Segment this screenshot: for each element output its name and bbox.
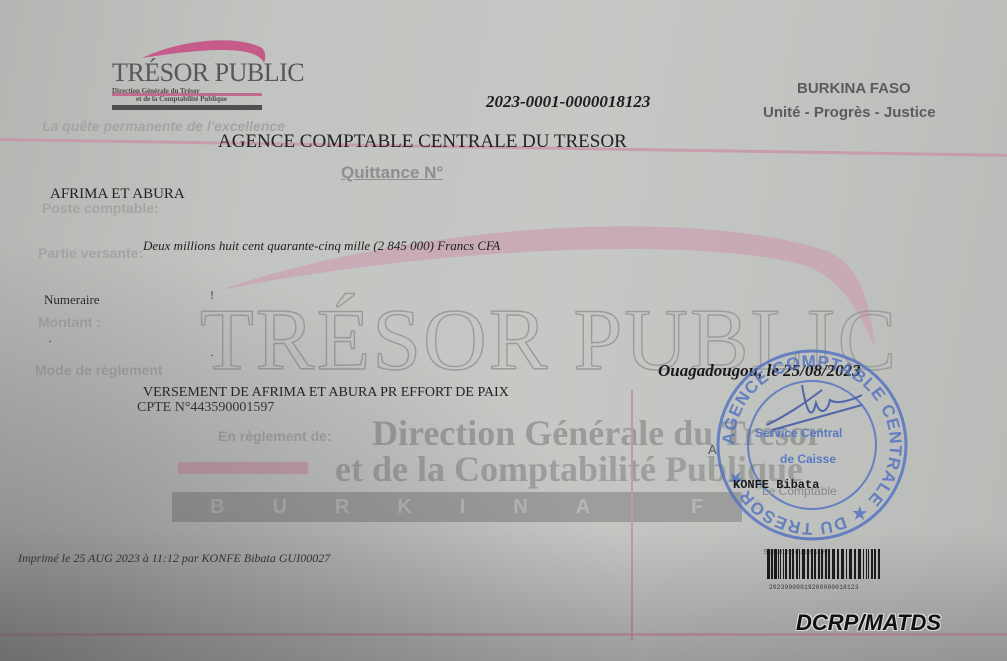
source-tag: DCRP/MATDS bbox=[796, 610, 941, 636]
logo-subtitle-2: et de la Comptabilité Publique bbox=[136, 95, 227, 103]
stamp-inner-line-2: de Caisse bbox=[780, 452, 836, 466]
logo-title: TRÉSOR PUBLIC bbox=[112, 58, 304, 88]
official-stamp-icon: AGENCE COMPTABLE CENTRALE ★ DU TRESOR ★ bbox=[712, 345, 912, 545]
payment-type: Numeraire bbox=[44, 292, 100, 308]
agency-name: AGENCE COMPTABLE CENTRALE DU TRESOR bbox=[218, 131, 627, 153]
tick-mark: · bbox=[48, 334, 52, 349]
account-number: CPTE N°443590001597 bbox=[137, 400, 274, 416]
partie-versante-label: Partie versante: bbox=[38, 245, 143, 261]
cashier-name: KONFE Bibata bbox=[733, 478, 819, 492]
country-name: BURKINA FASO bbox=[797, 80, 911, 97]
svg-text:AGENCE COMPTABLE CENTRALE ★ DU: AGENCE COMPTABLE CENTRALE ★ DU TRESOR ★ bbox=[719, 352, 905, 538]
tick-mark: ! bbox=[210, 288, 214, 303]
poste-comptable-label: Poste comptable: bbox=[42, 200, 159, 216]
payment-description: VERSEMENT DE AFRIMA ET ABURA PR EFFORT D… bbox=[143, 385, 509, 401]
mode-reglement-label: Mode de règlement bbox=[35, 362, 163, 378]
country-motto: Unité - Progrès - Justice bbox=[763, 104, 936, 121]
vertical-rule bbox=[631, 390, 633, 640]
barcode bbox=[767, 549, 881, 579]
montant-label: Montant : bbox=[38, 314, 101, 330]
stamp-inner-line-1: Service Central bbox=[755, 426, 842, 440]
watermark-pink-bar bbox=[178, 462, 308, 474]
amount-in-words: Deux millions huit cent quarante-cinq mi… bbox=[143, 238, 500, 254]
receipt-number: 2023-0001-0000018123 bbox=[486, 92, 650, 112]
en-reglement-label: En règlement de: bbox=[218, 428, 332, 444]
logo-dark-bar bbox=[112, 105, 262, 110]
receipt-title: Quittance N° bbox=[341, 163, 443, 183]
barcode-number: 20239900019200000018123 bbox=[769, 584, 859, 591]
tick-mark: · bbox=[210, 348, 214, 363]
printed-info: Imprimé le 25 AUG 2023 à 11:12 par KONFE… bbox=[18, 551, 330, 566]
